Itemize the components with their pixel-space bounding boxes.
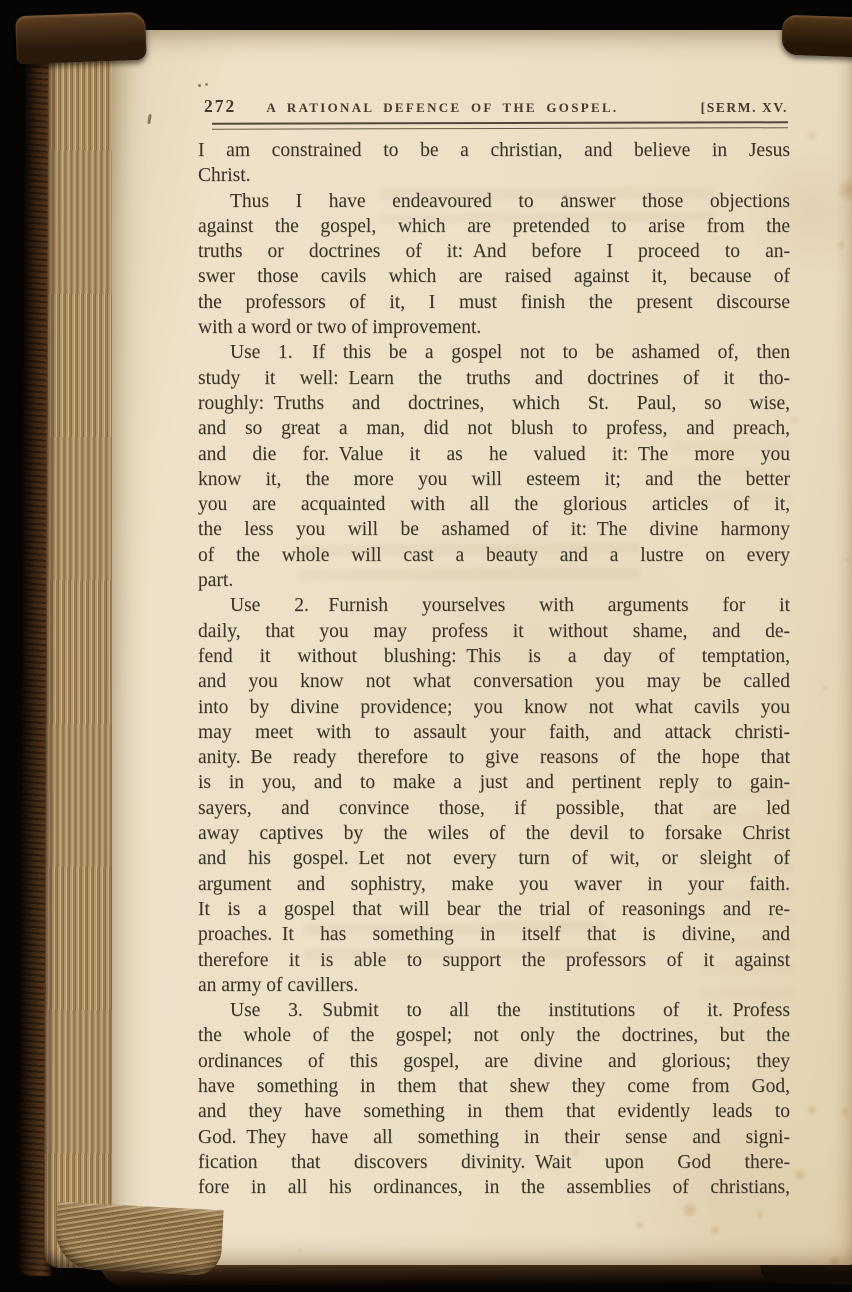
text-line: Thus I have endeavoured to answer those … — [198, 189, 790, 214]
text-line: the less you will be ashamed of it: The … — [198, 517, 790, 542]
text-line: study it well: Learn the truths and doct… — [198, 366, 790, 391]
text-line: and his gospel. Let not every turn of wi… — [198, 846, 790, 871]
text-line: ordinances of this gospel, are divine an… — [198, 1049, 790, 1074]
text-line: may meet with to assault your faith, and… — [198, 720, 790, 745]
text-line: Use 2. Furnish yourselves with arguments… — [198, 593, 790, 618]
text-line: an army of cavillers. — [198, 973, 790, 998]
text-line: daily, that you may profess it without s… — [198, 619, 790, 644]
text-line: away captives by the wiles of the devil … — [198, 821, 790, 846]
page-header: 272 A RATIONAL DEFENCE OF THE GOSPEL. [S… — [198, 96, 790, 117]
text-line: roughly: Truths and doctrines, which St.… — [198, 391, 790, 416]
text-line: and die for. Value it as he valued it: T… — [198, 442, 790, 467]
print-speck — [147, 114, 151, 124]
sermon-number: [SERM. XV. — [701, 100, 788, 116]
text-line: It is a gospel that will bear the trial … — [198, 897, 790, 922]
page-edge-stack — [44, 36, 118, 1268]
text-line: fore in all his ordinances, in the assem… — [198, 1175, 790, 1200]
text-line: fication that discovers divinity. Wait u… — [198, 1150, 790, 1175]
text-line: the professors of it, I must finish the … — [198, 290, 790, 315]
text-line: you are acquainted with all the glorious… — [198, 492, 790, 517]
text-line: argument and sophistry, make you waver i… — [198, 872, 790, 897]
text-line: sayers, and convince those, if possible,… — [198, 796, 790, 821]
text-line: against the gospel, which are pretended … — [198, 214, 790, 239]
text-line: proaches. It has something in itself tha… — [198, 922, 790, 947]
book-photo: 272 A RATIONAL DEFENCE OF THE GOSPEL. [S… — [0, 0, 852, 1292]
text-line: Use 3. Submit to all the institutions of… — [198, 998, 790, 1023]
book-page: 272 A RATIONAL DEFENCE OF THE GOSPEL. [S… — [112, 30, 852, 1265]
text-line: Use 1. If this be a gospel not to be ash… — [198, 340, 790, 365]
page-number: 272 — [204, 96, 236, 117]
body-text: I am constrained to be a christian, and … — [198, 138, 790, 1200]
running-title: A RATIONAL DEFENCE OF THE GOSPEL. — [266, 100, 618, 116]
text-line: and you know not what conversation you m… — [198, 669, 790, 694]
text-line: is in you, and to make a just and pertin… — [198, 770, 790, 795]
page-edge-stack-bottom — [54, 1202, 223, 1277]
text-line: of the whole will cast a beauty and a lu… — [198, 543, 790, 568]
book-cover-top-left-corner — [15, 12, 147, 65]
text-line: swer those cavils which are raised again… — [198, 264, 790, 289]
text-line: God. They have all something in their se… — [198, 1125, 790, 1150]
text-line: with a word or two of improvement. — [198, 315, 790, 340]
text-line: part. — [198, 568, 790, 593]
text-line: know it, the more you will esteem it; an… — [198, 467, 790, 492]
text-line: anity. Be ready therefore to give reason… — [198, 745, 790, 770]
text-line: the whole of the gospel; not only the do… — [198, 1023, 790, 1048]
text-line: have something in them that shew they co… — [198, 1074, 790, 1099]
text-line: and so great a man, did not blush to pro… — [198, 416, 790, 441]
text-line: I am constrained to be a christian, and … — [198, 138, 790, 163]
header-rule — [212, 121, 788, 130]
book-cover-top-right-corner — [781, 15, 852, 58]
text-line: fend it without blushing: This is a day … — [198, 644, 790, 669]
text-line: Christ. — [198, 163, 790, 188]
text-line: into by divine providence; you know not … — [198, 695, 790, 720]
text-line: therefore it is able to support the prof… — [198, 948, 790, 973]
print-speck — [198, 84, 201, 87]
text-line: truths or doctrines of it: And before I … — [198, 239, 790, 264]
text-line: and they have something in them that evi… — [198, 1099, 790, 1124]
